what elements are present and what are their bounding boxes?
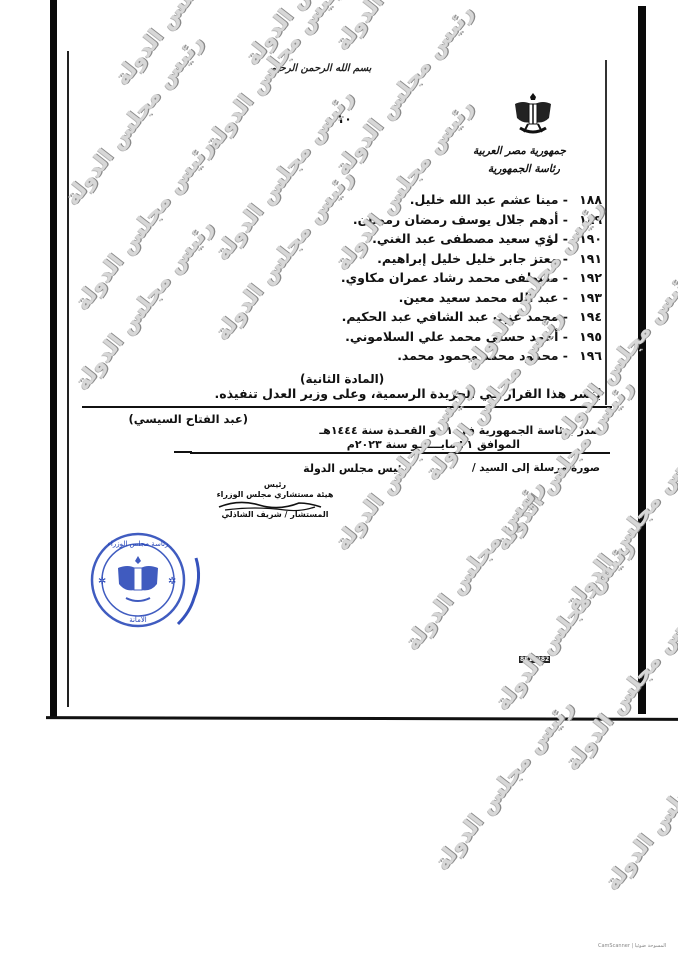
- page-border-bottom: [46, 716, 678, 721]
- list-item: ١٩٤- محمد عزت عبد الشافي عبد الحكيم.: [341, 307, 602, 327]
- government-line-republic: جمهورية مصر العربية: [473, 145, 566, 157]
- watermark-text: رئيس مجلس الدولة: [330, 0, 479, 55]
- article-body: يُنشر هذا القرار في الجريدة الرسمية، وعل…: [215, 386, 601, 401]
- list-item: ١٩٣- عبد الله محمد سعيد معين.: [341, 288, 602, 308]
- watermark-text: رئيس مجلس الدولة: [560, 595, 678, 776]
- page-border-right: [638, 6, 646, 714]
- page-border-left: [50, 0, 57, 718]
- issued-date-hijri: صدر برئاسة الجمهورية في ١ ذو القعـدة سنة…: [319, 424, 601, 437]
- watermark-text: رئيس مجلس الدولة: [240, 0, 389, 70]
- signer-name: (عبد الفتاح السيسي): [128, 412, 248, 426]
- divider-mark: [174, 451, 192, 453]
- svg-text:✲: ✲: [98, 576, 106, 587]
- list-item: ١٨٩- أدهم جلال يوسف رمضان رمضان.: [341, 210, 602, 230]
- copy-recipient: رئيس مجلس الدولة: [303, 462, 408, 475]
- page-number: ١٠: [337, 112, 352, 126]
- watermark-text: رئيس مجلس الدولة: [110, 0, 259, 90]
- list-item: ١٩٦- محمود محمد محمود محمد.: [341, 346, 602, 366]
- handwritten-signature-icon: [215, 497, 325, 513]
- signatory-title: رئيس: [215, 480, 335, 490]
- watermark-text: رئيس مجلس الدولة: [210, 165, 359, 346]
- eagle-seal-icon: [118, 556, 158, 601]
- document-code: 8812382: [519, 656, 550, 663]
- scanner-footer: CamScanner | المسوحة ضوئيا: [598, 943, 666, 949]
- government-line-presidency: رئاسة الجمهورية: [488, 163, 560, 175]
- list-item: ١٩١- معتز جابر خليل خليل إبراهيم.: [341, 249, 602, 269]
- stamp-inner-text: الأمانة: [129, 615, 147, 624]
- watermark-text: رئيس مجلس الدولة: [430, 695, 579, 876]
- egypt-eagle-icon: [512, 90, 554, 138]
- divider: [82, 406, 612, 408]
- divider: [190, 452, 610, 454]
- watermark-text: رئيس مجلس الدولة: [60, 30, 209, 211]
- issued-date-gregorian: الموافق ٢١ مايــــــو سنة ٢٠٢٣م: [347, 438, 520, 451]
- list-item: ١٩٢- مصطفى محمد رشاد عمران مكاوي.: [341, 268, 602, 288]
- watermark-text: رئيس مجلس الدولة: [70, 135, 219, 316]
- watermark-text: رئيس مجلس الدولة: [600, 715, 678, 896]
- watermark-layer: رئيس مجلس الدولةرئيس مجلس الدولةرئيس مجل…: [0, 0, 678, 960]
- watermark-text: رئيس مجلس الدولة: [330, 0, 479, 180]
- watermark-text: رئيس مجلس الدولة: [400, 475, 549, 656]
- list-item: ١٩٠- لؤي سعيد مصطفى عبد الغني.: [341, 229, 602, 249]
- names-list: ١٨٨- مينا عشم عبد الله خليل. ١٨٩- أدهم ج…: [341, 190, 602, 366]
- basmala: بسم الله الرحمن الرحيم: [270, 63, 371, 74]
- watermark-text: رئيس مجلس الدولة: [70, 215, 219, 396]
- watermark-text: رئيس مجلس الدولة: [490, 535, 639, 716]
- article-title: (المادة الثانية): [300, 372, 384, 386]
- official-seal-stamp: رئاسة مجلس الوزراء الأمانة ✲ ✲: [78, 518, 213, 648]
- svg-text:✲: ✲: [168, 576, 176, 587]
- inner-border-left: [67, 51, 69, 707]
- list-item: ١٩٥- أحمد حسني محمد علي السلاموني.: [341, 327, 602, 347]
- list-item: ١٨٨- مينا عشم عبد الله خليل.: [341, 190, 602, 210]
- watermark-text: رئيس مجلس الدولة: [200, 0, 349, 155]
- inner-border-right: [605, 60, 607, 405]
- stamp-outer-text: رئاسة مجلس الوزراء: [108, 540, 169, 548]
- copy-to-label: صورة مرسلة إلى السيد /: [472, 462, 600, 474]
